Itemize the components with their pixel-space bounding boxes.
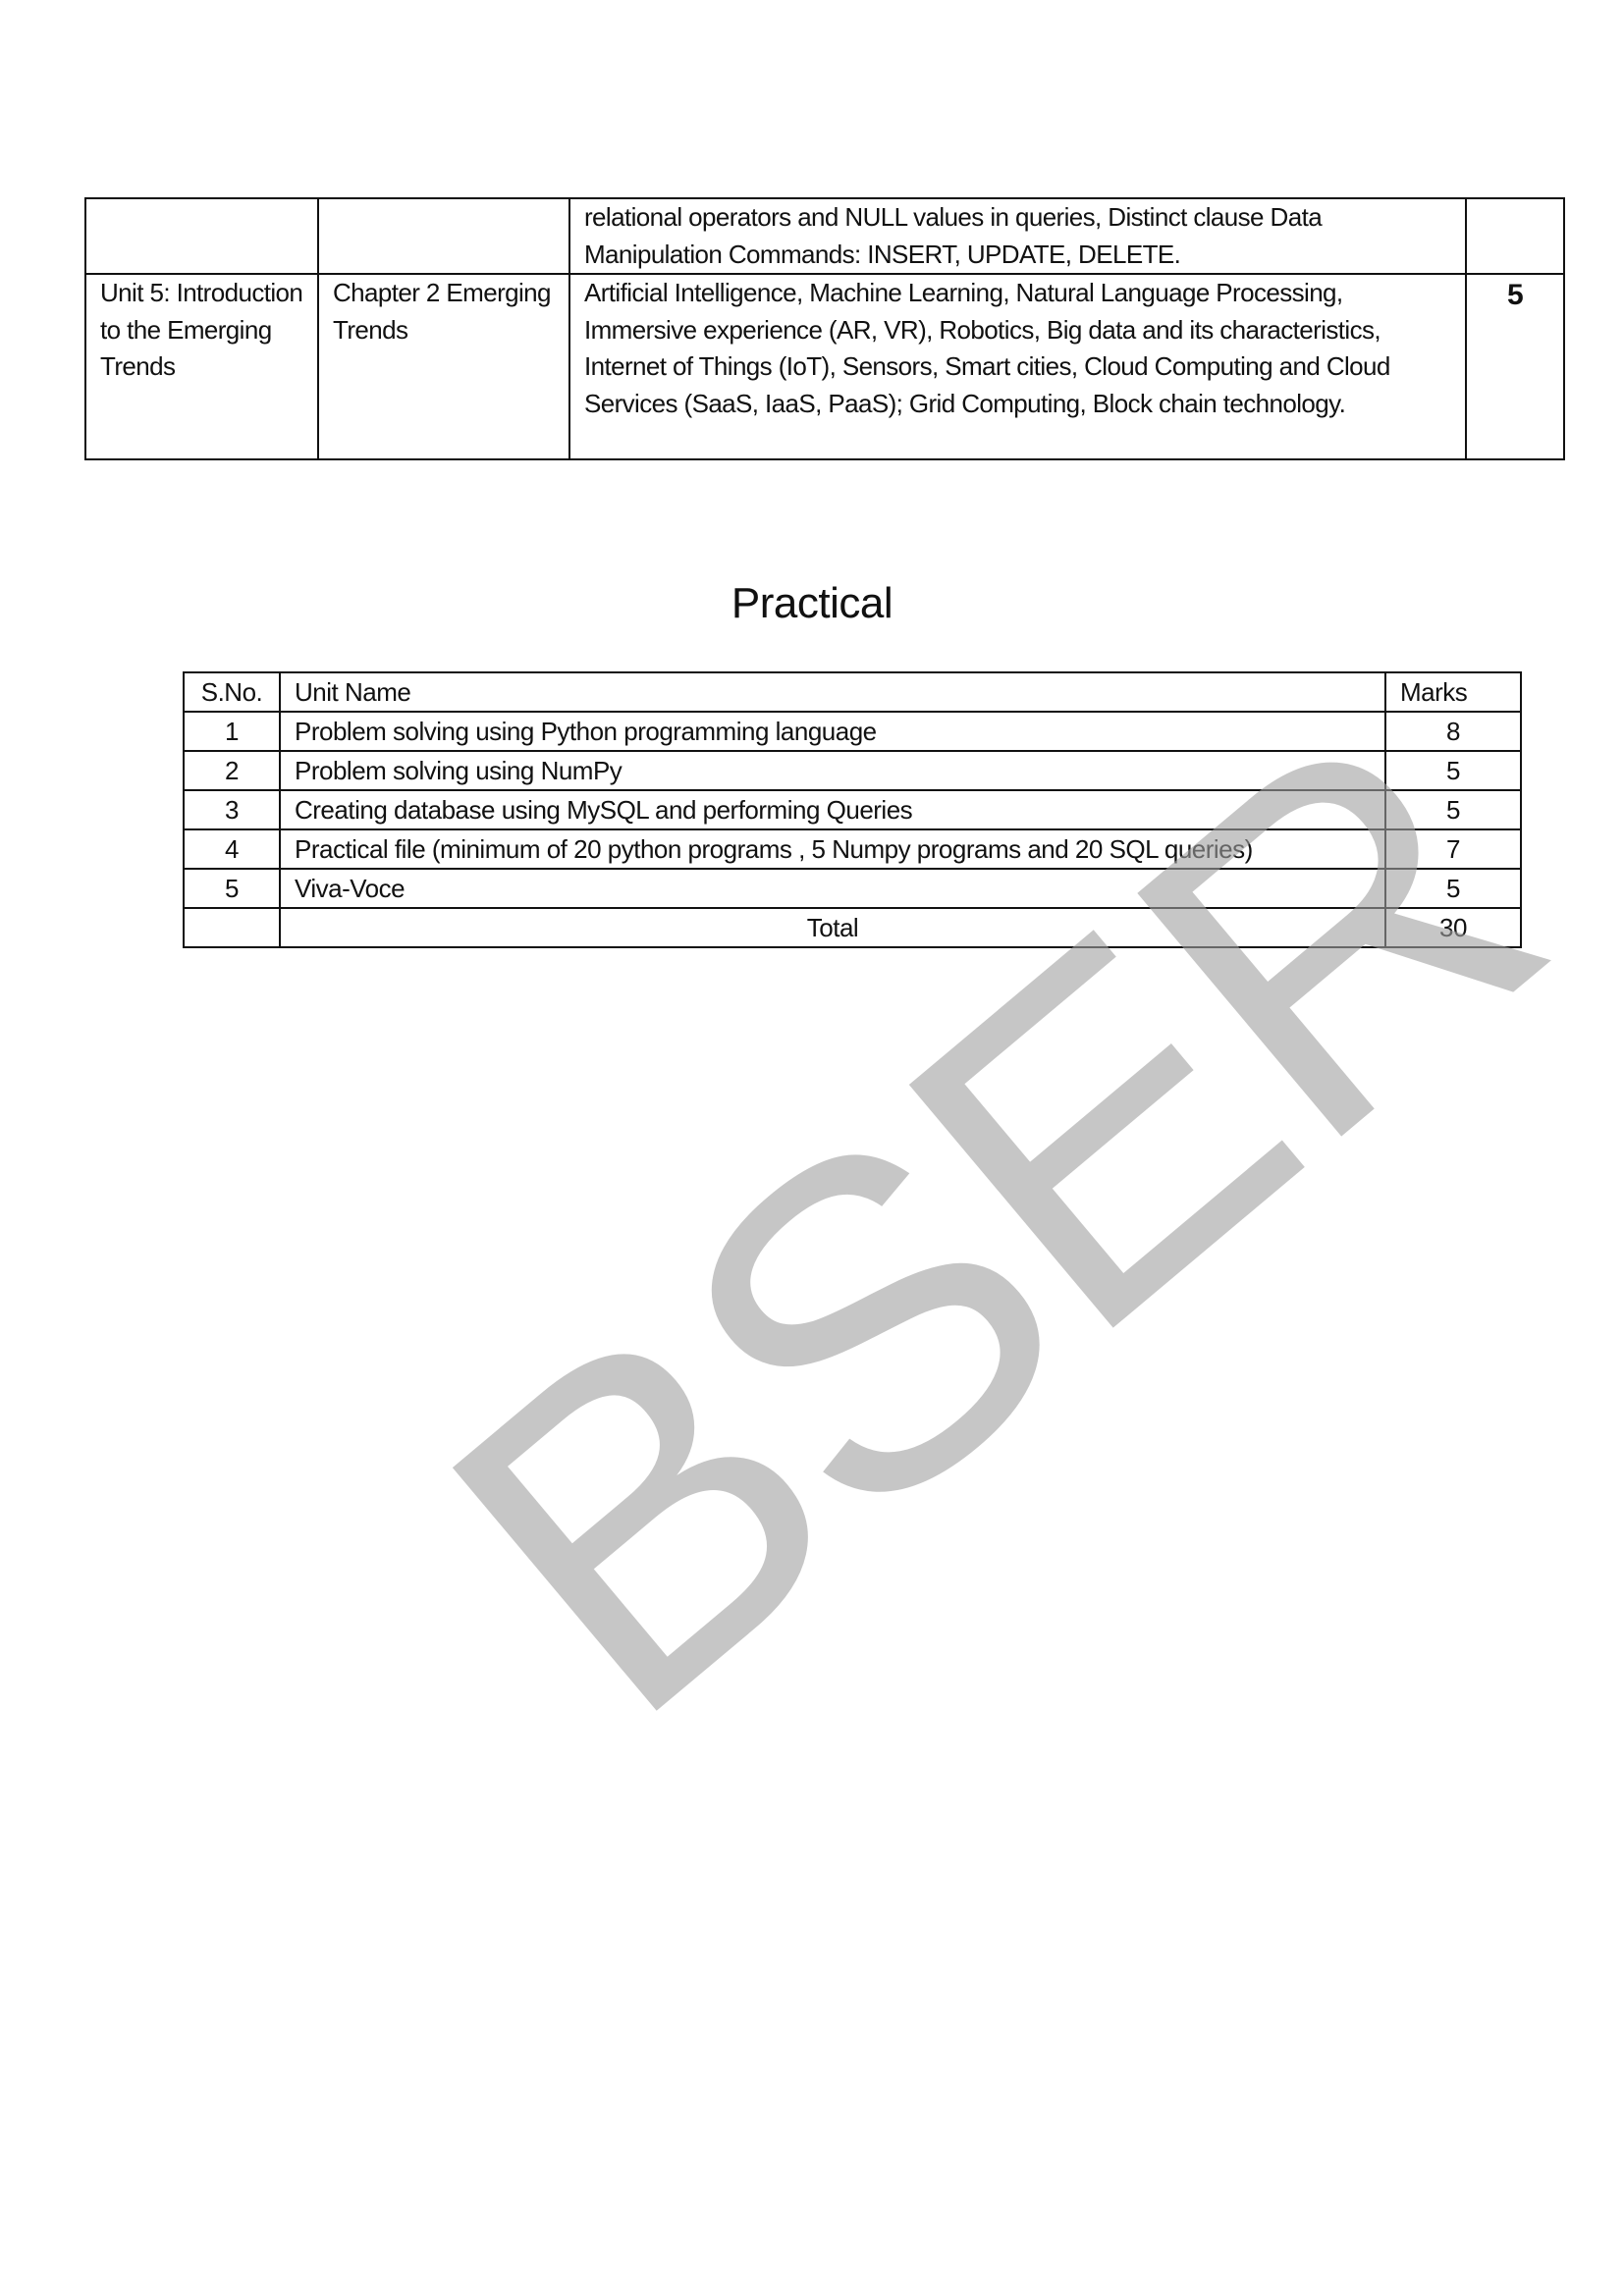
section-heading-practical: Practical xyxy=(0,579,1624,628)
sno-cell: 1 xyxy=(184,712,280,751)
header-unit-name: Unit Name xyxy=(280,672,1385,712)
marks-cell: 7 xyxy=(1385,829,1521,869)
chapter-cell: Chapter 2 Emerging Trends xyxy=(318,274,569,459)
marks-cell xyxy=(1466,198,1564,274)
practical-marks-table: S.No. Unit Name Marks 1 Problem solving … xyxy=(183,671,1522,948)
marks-cell: 8 xyxy=(1385,712,1521,751)
content-cell: relational operators and NULL values in … xyxy=(569,198,1466,274)
unit-name-cell: Viva-Voce xyxy=(280,869,1385,908)
total-marks: 30 xyxy=(1385,908,1521,947)
content-cell: Artificial Intelligence, Machine Learnin… xyxy=(569,274,1466,459)
marks-cell: 5 xyxy=(1385,790,1521,829)
marks-cell: 5 xyxy=(1385,869,1521,908)
header-marks: Marks xyxy=(1385,672,1521,712)
table-total-row: Total 30 xyxy=(184,908,1521,947)
unit-name-cell: Practical file (minimum of 20 python pro… xyxy=(280,829,1385,869)
unit-cell: Unit 5: Introduction to the Emerging Tre… xyxy=(85,274,318,459)
marks-cell: 5 xyxy=(1385,751,1521,790)
table-row: 5 Viva-Voce 5 xyxy=(184,869,1521,908)
total-label: Total xyxy=(280,908,1385,947)
table-row: relational operators and NULL values in … xyxy=(85,198,1564,274)
marks-cell: 5 xyxy=(1466,274,1564,459)
chapter-cell xyxy=(318,198,569,274)
unit-name-cell: Problem solving using NumPy xyxy=(280,751,1385,790)
unit-name-cell: Problem solving using Python programming… xyxy=(280,712,1385,751)
sno-cell: 5 xyxy=(184,869,280,908)
sno-cell: 4 xyxy=(184,829,280,869)
sno-cell: 3 xyxy=(184,790,280,829)
unit-cell xyxy=(85,198,318,274)
table-row: 1 Problem solving using Python programmi… xyxy=(184,712,1521,751)
table-row: Unit 5: Introduction to the Emerging Tre… xyxy=(85,274,1564,459)
sno-cell: 2 xyxy=(184,751,280,790)
header-sno: S.No. xyxy=(184,672,280,712)
table-row: 3 Creating database using MySQL and perf… xyxy=(184,790,1521,829)
document-page: relational operators and NULL values in … xyxy=(0,0,1624,2296)
table-row: 4 Practical file (minimum of 20 python p… xyxy=(184,829,1521,869)
empty-cell xyxy=(184,908,280,947)
unit-name-cell: Creating database using MySQL and perfor… xyxy=(280,790,1385,829)
theory-syllabus-table: relational operators and NULL values in … xyxy=(84,197,1565,460)
table-row: 2 Problem solving using NumPy 5 xyxy=(184,751,1521,790)
table-header-row: S.No. Unit Name Marks xyxy=(184,672,1521,712)
